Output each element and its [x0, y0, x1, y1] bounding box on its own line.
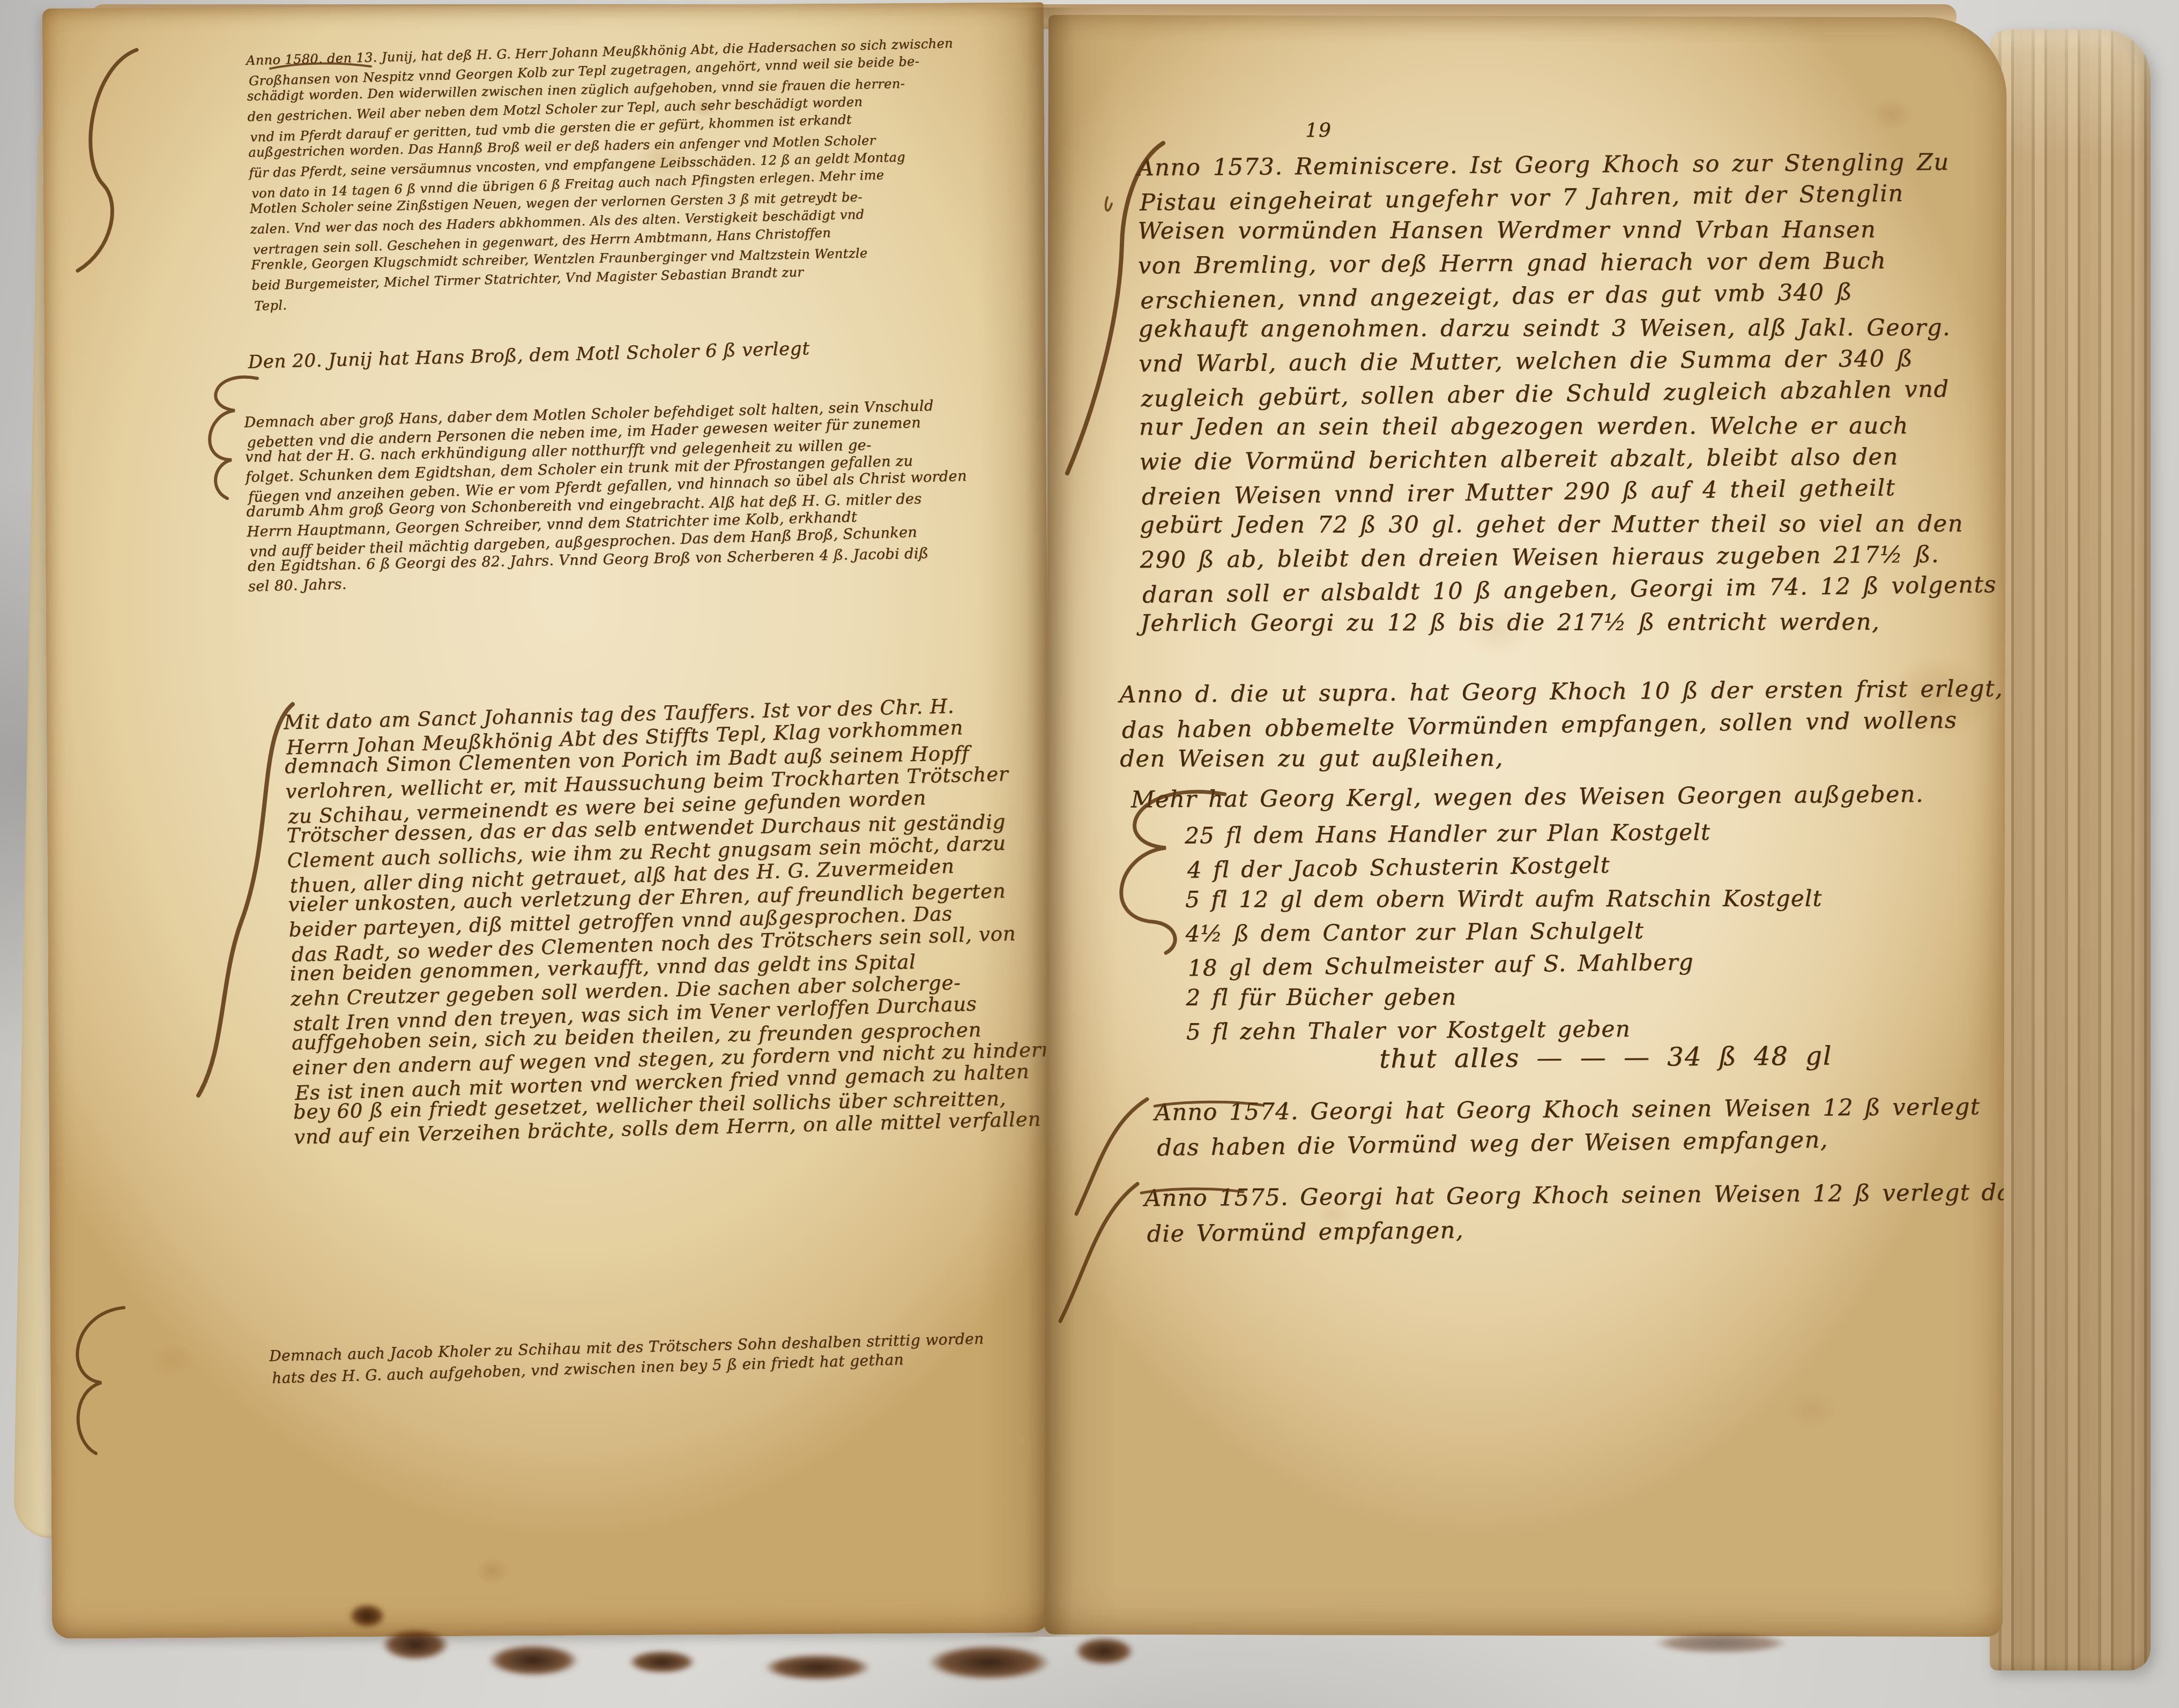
page-number: 19 [1305, 120, 1332, 141]
paragraph-mehr-hat: Mehr hat Georg Kergl, wegen des Weisen G… [1131, 778, 1924, 816]
manuscript-line: gebürt Jeden 72 ß 30 gl. gehet der Mutte… [1140, 508, 1994, 542]
paragraph-anno-ut-supra: Anno d. die ut supra. hat Georg Khoch 10… [1119, 672, 2004, 778]
paragraph-anno-1580: Anno 1580. den 13. Junij, hat deß H. G. … [246, 34, 960, 314]
burn-damage [472, 1639, 595, 1682]
expense-line: 2 fl für Bücher geben [1186, 980, 1823, 1014]
paragraph-anno-1573: Anno 1573. Reminiscere. Ist Georg Khoch … [1137, 146, 1995, 642]
burn-damage [1630, 1629, 1812, 1657]
expense-line: 4½ ß dem Cantor zur Plan Schulgelt [1185, 913, 1823, 950]
expense-list: 25 fl dem Hans Handler zur Plan Kostgelt… [1185, 815, 1823, 1048]
manuscript-line: Den 20. Junij hat Hans Broß, dem Motl Sc… [248, 338, 810, 373]
book-fore-edge-page-stack [1990, 29, 2151, 1670]
manuscript-line: thut alles — — — 34 ß 48 gl [1379, 1040, 1833, 1075]
paragraph-demnach-aber: Demnach aber groß Hans, daber dem Motlen… [244, 396, 967, 596]
left-page-text-area: Anno 1580. den 13. Junij, hat deß H. G. … [42, 2, 1054, 1638]
expense-line: 25 fl dem Hans Handler zur Plan Kostgelt [1185, 815, 1822, 852]
expense-line: 5 fl 12 gl dem obern Wirdt aufm Ratschin… [1185, 882, 1823, 916]
paragraph-anno-1575: Anno 1575. Georgi hat Georg Khoch seinen… [1144, 1175, 2007, 1249]
paragraph-mit-dato: Mit dato am Sanct Johannis tag des Tauff… [284, 691, 1054, 1148]
manuscript-line: gekhauft angenohmen. darzu seindt 3 Weis… [1139, 311, 1993, 346]
entry-den-20-junij: Den 20. Junij hat Hans Broß, dem Motl Sc… [248, 338, 810, 373]
manuscript-line: Jehrlich Georgi zu 12 ß bis die 217½ ß e… [1140, 606, 1995, 640]
sum-line: thut alles — — — 34 ß 48 gl [1379, 1040, 1833, 1075]
expense-line: 18 gl dem Schulmeister auf S. Mahlberg [1188, 944, 1825, 984]
left-page: Anno 1580. den 13. Junij, hat deß H. G. … [42, 2, 1054, 1638]
manuscript-line: nur Jeden an sein theil abgezogen werden… [1139, 409, 1994, 444]
burn-damage [745, 1650, 890, 1685]
manuscript-line: Mehr hat Georg Kergl, wegen des Weisen G… [1131, 778, 1924, 816]
right-page-text-area: 19 Anno 1573. Reminiscere. Ist Georg Kho… [1046, 15, 2007, 1637]
burn-damage [370, 1624, 461, 1666]
paragraph-demnach-auch: Demnach auch Jacob Kholer zu Schihau mit… [269, 1329, 985, 1387]
burn-damage [616, 1646, 708, 1677]
manuscript-line: Weisen vormünden Hansen Werdmer vnnd Vrb… [1137, 213, 1992, 248]
manuscript-photo: Anno 1580. den 13. Junij, hat deß H. G. … [0, 0, 2179, 1708]
burn-damage [906, 1639, 1072, 1686]
right-page: 19 Anno 1573. Reminiscere. Ist Georg Kho… [1044, 15, 2007, 1637]
manuscript-line: den Weisen zu gut außleihen, [1120, 741, 2004, 775]
expense-line: 4 fl der Jacob Schusterin Kostgelt [1187, 846, 1824, 886]
paragraph-anno-1574: Anno 1574. Georgi hat Georg Khoch seinen… [1155, 1090, 1981, 1162]
burn-damage [1064, 1632, 1144, 1670]
